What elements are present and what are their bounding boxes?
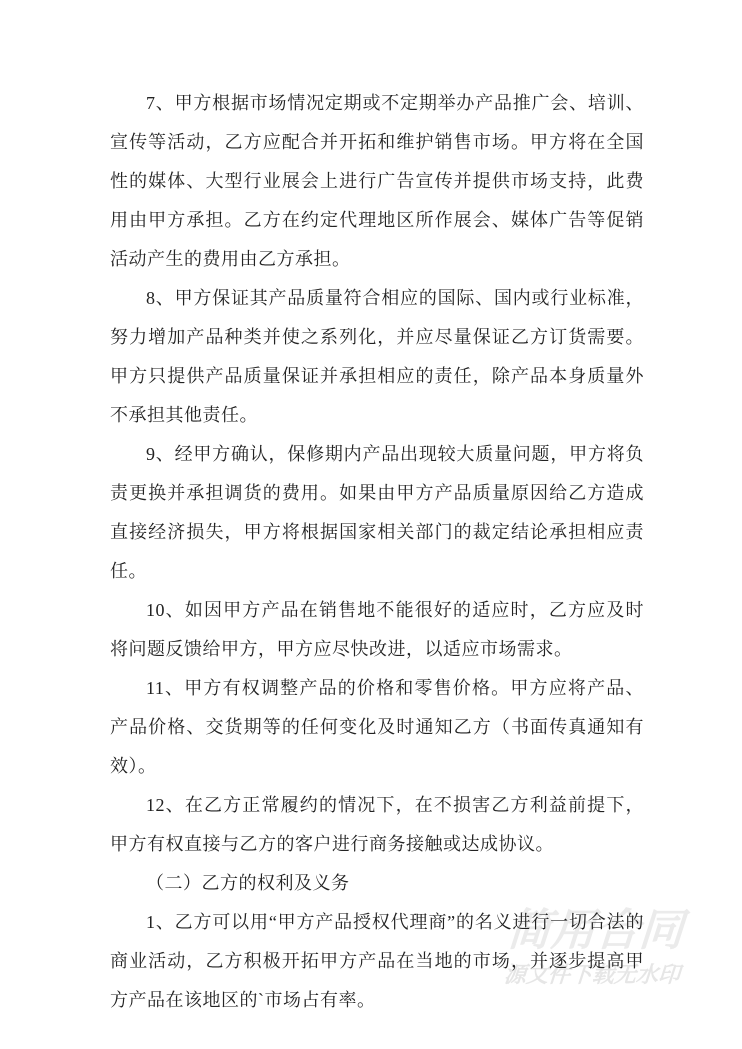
section-2-clause-1: 1、乙方可以用“甲方产品授权代理商”的名义进行一切合法的商业活动，乙方积极开拓甲… [110,903,644,1020]
section-2-heading: （二）乙方的权利及义务 [110,864,644,903]
contract-page: 7、甲方根据市场情况定期或不定期举办产品推广会、培训、宣传等活动，乙方应配合并开… [0,0,742,1049]
clause-10: 10、如因甲方产品在销售地不能很好的适应时，乙方应及时将问题反馈给甲方，甲方应尽… [110,591,644,669]
clause-12: 12、在乙方正常履约的情况下，在不损害乙方利益前提下，甲方有权直接与乙方的客户进… [110,786,644,864]
clause-7: 7、甲方根据市场情况定期或不定期举办产品推广会、培训、宣传等活动，乙方应配合并开… [110,84,644,279]
clause-9: 9、经甲方确认，保修期内产品出现较大质量问题，甲方将负责更换并承担调货的费用。如… [110,435,644,591]
clause-11: 11、甲方有权调整产品的价格和零售价格。甲方应将产品、产品价格、交货期等的任何变… [110,669,644,786]
contract-body: 7、甲方根据市场情况定期或不定期举办产品推广会、培训、宣传等活动，乙方应配合并开… [110,84,644,1020]
clause-8: 8、甲方保证其产品质量符合相应的国际、国内或行业标准，努力增加产品种类并使之系列… [110,279,644,435]
